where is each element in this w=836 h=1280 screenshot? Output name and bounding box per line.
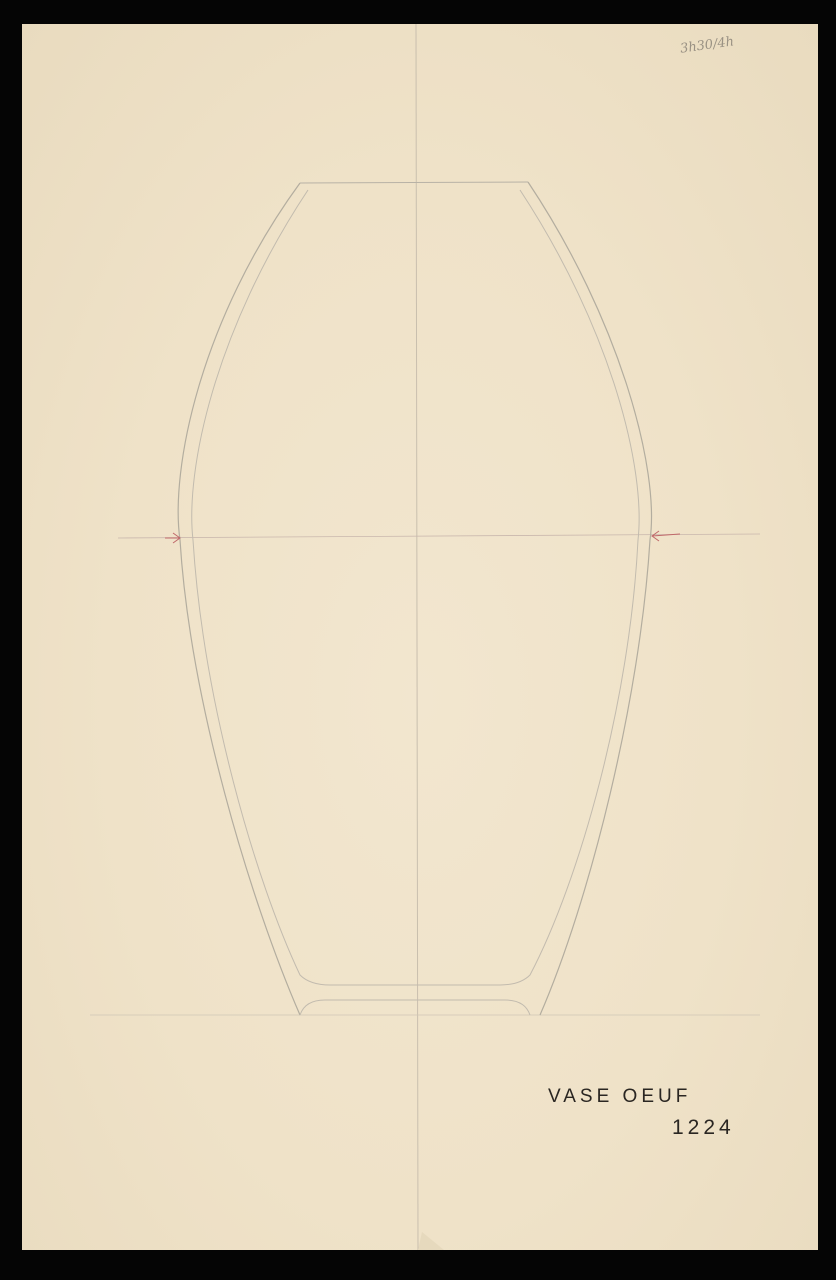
torn-corner — [418, 1232, 444, 1250]
rim-line — [300, 182, 528, 183]
center-fold-line — [416, 24, 418, 1250]
vase-foot — [300, 1000, 530, 1015]
vase-drawing — [0, 0, 836, 1280]
vase-inner-profile — [192, 190, 639, 985]
drawing-title: VASE OEUF — [548, 1086, 691, 1108]
drawing-number: 1224 — [672, 1116, 735, 1140]
left-arrow-marker-icon — [165, 533, 180, 543]
max-width-guide-line — [118, 534, 760, 538]
vase-outer-left-profile — [178, 183, 300, 1015]
right-arrow-marker-icon — [652, 531, 680, 541]
